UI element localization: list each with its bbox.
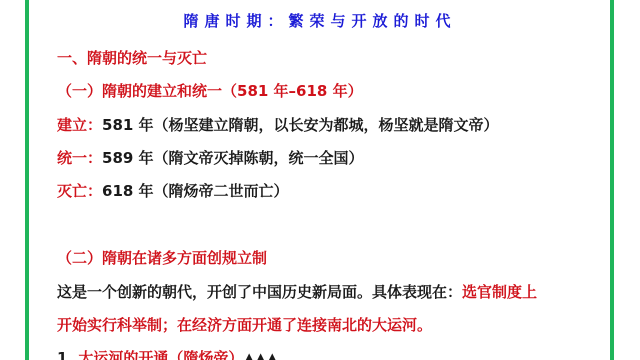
- fact-text: 618 年（隋炀帝二世而亡）: [102, 182, 289, 200]
- fact-label: 统一：: [57, 149, 102, 167]
- fact-row-founding: 建立：581 年（杨坚建立隋朝，以长安为都城，杨坚就是隋文帝）: [57, 115, 499, 135]
- importance-marks-icon: ▲▲▲: [243, 349, 278, 360]
- paragraph-highlight: 选官制度上: [462, 283, 537, 301]
- fact-label: 灭亡：: [57, 182, 102, 200]
- paragraph-line-2: 开始实行科举制；在经济方面开通了连接南北的大运河。: [57, 315, 432, 335]
- paragraph-line-1: 这是一个创新的朝代，开创了中国历史新局面。具体表现在：选官制度上: [57, 282, 537, 302]
- fact-row-unification: 统一：589 年（隋文帝灭掉陈朝，统一全国）: [57, 148, 364, 168]
- fact-text: 581 年（杨坚建立隋朝，以长安为都城，杨坚就是隋文帝）: [102, 116, 499, 134]
- subsection-heading-1: （一）隋朝的建立和统一（581 年–618 年）: [57, 81, 363, 101]
- page-title: 隋唐时期：繁荣与开放的时代: [0, 11, 640, 31]
- fact-text: 589 年（隋文帝灭掉陈朝，统一全国）: [102, 149, 364, 167]
- paragraph-text: 这是一个创新的朝代，开创了中国历史新局面。具体表现在：: [57, 283, 462, 301]
- document-page: 隋唐时期：繁荣与开放的时代 一、隋朝的统一与灭亡 （一）隋朝的建立和统一（581…: [0, 0, 640, 360]
- fact-row-fall: 灭亡：618 年（隋炀帝二世而亡）: [57, 181, 289, 201]
- section-heading-1: 一、隋朝的统一与灭亡: [57, 48, 207, 68]
- point-1: 1. 大运河的开通（隋炀帝）▲▲▲: [57, 348, 278, 360]
- fact-label: 建立：: [57, 116, 102, 134]
- point-text: 大运河的开通（隋炀帝）: [78, 349, 243, 360]
- subsection-heading-2: （二）隋朝在诸多方面创规立制: [57, 248, 267, 268]
- point-number: 1.: [57, 349, 73, 360]
